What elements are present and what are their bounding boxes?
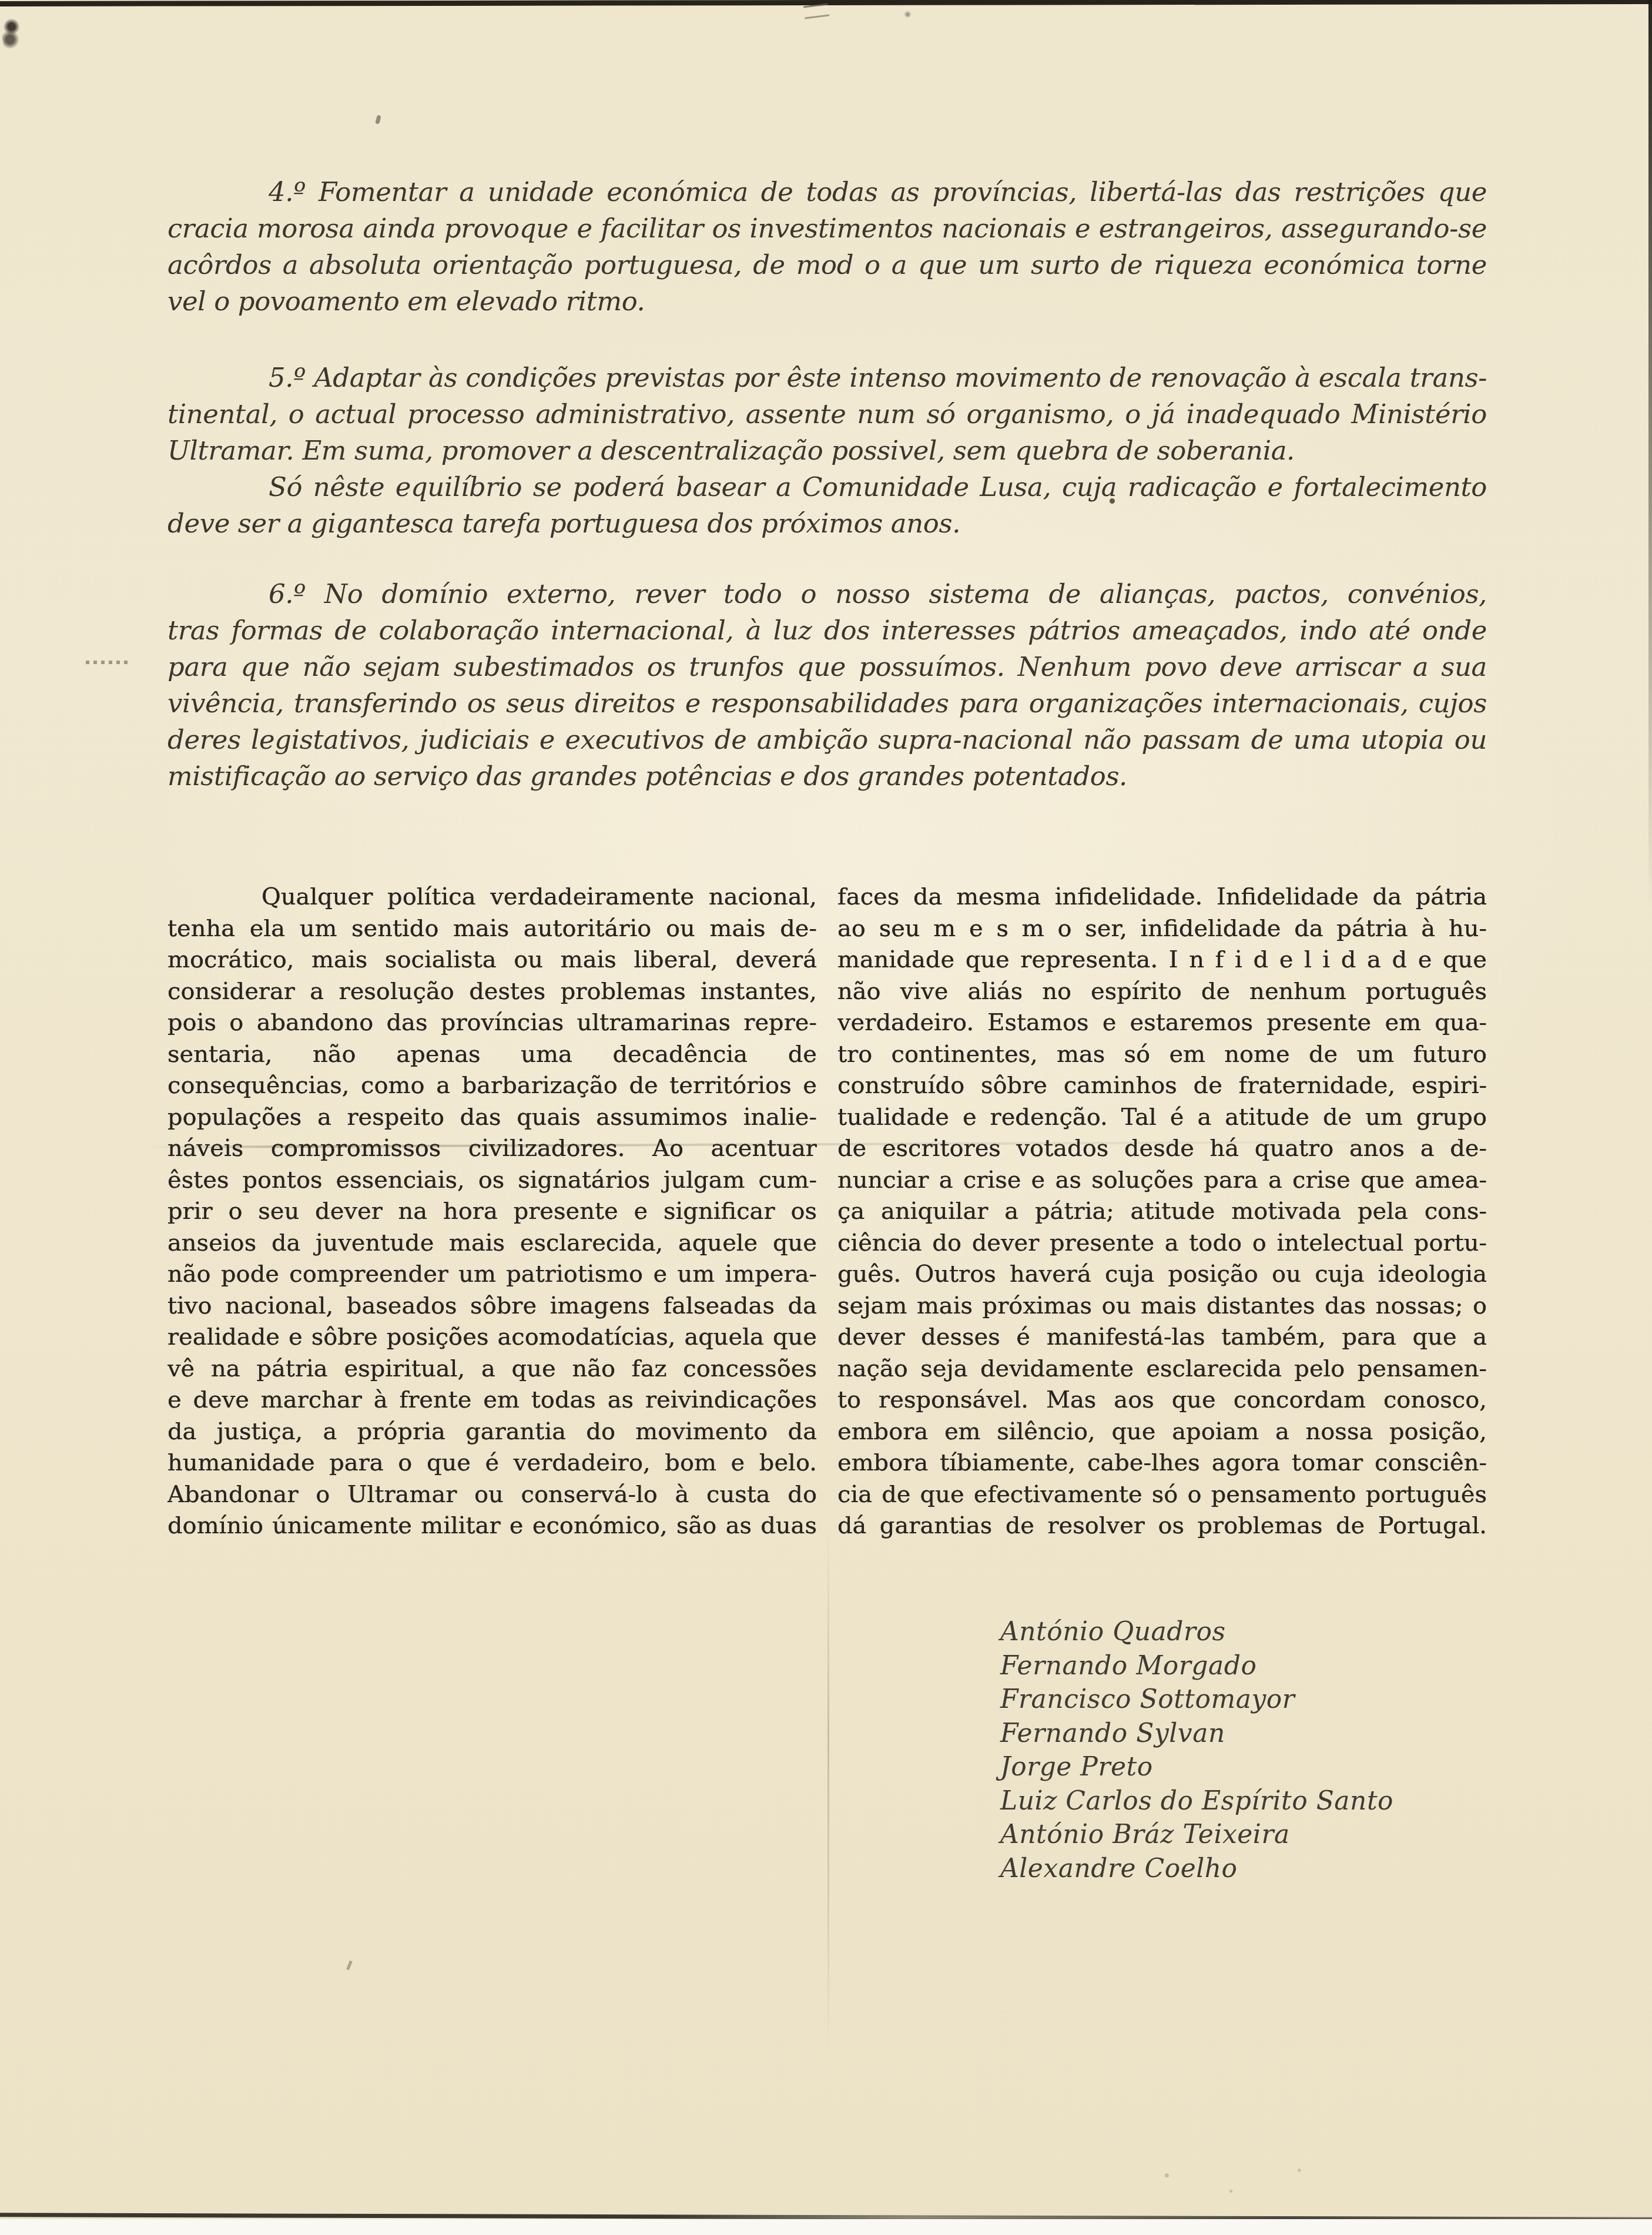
text-line: cia de que efectivamente só o pensamento… — [837, 1479, 1487, 1511]
text-line: ao seu m e s m o ser, infidelidade da pá… — [837, 913, 1487, 945]
text-line: acôrdos a absoluta orientação portuguesa… — [167, 247, 1487, 283]
text-line: humanidade para o que é verdadeiro, bom … — [167, 1447, 817, 1479]
clause-4: 4.º Fomentar a unidade económica de toda… — [167, 174, 1487, 320]
ink-speck — [1298, 2169, 1301, 2172]
ink-speck — [904, 11, 912, 18]
text-line: pois o abandono das províncias ultramari… — [167, 1007, 817, 1039]
text-line: considerar a resolução destes problemas … — [167, 976, 817, 1008]
text-line: vivência, transferindo os seus direitos … — [167, 685, 1487, 722]
clause-6: 6.º No domínio externo, rever todo o nos… — [167, 576, 1487, 795]
text-line: vê na pátria espiritual, a que não faz c… — [167, 1353, 817, 1385]
signature-line: Francisco Sottomayor — [1000, 1683, 1393, 1717]
text-line: prir o seu dever na hora presente e sign… — [167, 1196, 817, 1228]
text-line: sentaria, não apenas uma decadência de i… — [167, 1039, 817, 1071]
text-line: não pode compreender um patriotismo e um… — [167, 1259, 817, 1291]
text-line: Ultramar. Em suma, promover a descentral… — [167, 433, 1487, 469]
margin-pen-mark — [86, 661, 128, 664]
text-line: nunciar a crise e as soluções para a cri… — [837, 1165, 1487, 1197]
text-line: consequências, como a barbarização de te… — [167, 1070, 817, 1102]
text-line: tro continentes, mas só em nome de um fu… — [837, 1039, 1487, 1071]
body-columns: Qualquer política verdadeiramente nacion… — [167, 882, 1487, 1542]
text-line: Só nêste equilíbrio se poderá basear a C… — [167, 469, 1487, 505]
text-line: tualidade e redenção. Tal é a atitude de… — [837, 1102, 1487, 1134]
text-line: tenha ela um sentido mais autoritário ou… — [167, 913, 817, 945]
text-line: não vive aliás no espírito de nenhum por… — [837, 976, 1487, 1008]
text-line: domínio únicamente militar e económico, … — [167, 1510, 817, 1542]
text-line: deve ser a gigantesca tarefa portuguesa … — [167, 505, 1487, 542]
text-line: construído sôbre caminhos de fraternidad… — [837, 1070, 1487, 1102]
text-line: Qualquer política verdadeiramente nacion… — [167, 882, 817, 913]
ink-speck — [375, 115, 381, 124]
clause-5: 5.º Adaptar às condições previstas por ê… — [167, 360, 1487, 542]
signatures-list: António QuadrosFernando MorgadoFrancisco… — [1000, 1615, 1393, 1885]
text-line: vel o povoamento em elevado ritmo. — [167, 283, 1487, 320]
text-line: tivo nacional, baseados sôbre imagens fa… — [167, 1291, 817, 1322]
text-line: tras formas de colaboração internacional… — [167, 612, 1487, 649]
text-line: tinental, o actual processo administrati… — [167, 396, 1487, 433]
text-line: nação seja devidamente esclarecida pelo … — [837, 1353, 1487, 1385]
text-line: embora em silêncio, que apoiam a nossa p… — [837, 1416, 1487, 1448]
ink-speck — [1165, 2173, 1169, 2177]
text-line: faces da mesma infidelidade. Infidelidad… — [837, 882, 1487, 913]
text-line: manidade que representa. I n f i d e l i… — [837, 944, 1487, 976]
text-line: to responsável. Mas aos que concordam co… — [837, 1385, 1487, 1416]
text-line: embora tíbiamente, cabe-lhes agora tomar… — [837, 1447, 1487, 1479]
text-line: para que não sejam subestimados os trunf… — [167, 649, 1487, 685]
fold-crease-vertical — [827, 1528, 829, 2057]
numbered-clauses: 4.º Fomentar a unidade económica de toda… — [167, 174, 1487, 795]
text-line: da justiça, a própria garantia do movime… — [167, 1416, 817, 1448]
text-line: 5.º Adaptar às condições previstas por ê… — [167, 360, 1487, 396]
scanner-bed-strip — [0, 2219, 1652, 2235]
scan-right-edge — [1648, 0, 1652, 911]
signature-line: António Bráz Teixeira — [1000, 1818, 1393, 1852]
signature-line: António Quadros — [1000, 1615, 1393, 1649]
signature-line: Alexandre Coelho — [1000, 1852, 1393, 1886]
text-line: Abandonar o Ultramar ou conservá-lo à cu… — [167, 1479, 817, 1511]
signature-line: Jorge Preto — [1000, 1750, 1393, 1784]
text-line: êstes pontos essenciais, os signatários … — [167, 1165, 817, 1197]
ink-speck — [346, 1961, 353, 1971]
text-line: anseios da juventude mais esclarecida, a… — [167, 1228, 817, 1259]
text-line: populações a respeito das quais assumimo… — [167, 1102, 817, 1134]
text-line: 4.º Fomentar a unidade económica de toda… — [167, 174, 1487, 210]
text-line: dá garantias de resolver os problemas de… — [837, 1510, 1487, 1542]
text-line: 6.º No domínio externo, rever todo o nos… — [167, 576, 1487, 612]
text-line: de escritores votados desde há quatro an… — [837, 1133, 1487, 1165]
column-left: Qualquer política verdadeiramente nacion… — [167, 882, 817, 1542]
text-line: verdadeiro. Estamos e estaremos presente… — [837, 1007, 1487, 1039]
ink-speck — [1229, 2190, 1232, 2193]
signature-line: Fernando Sylvan — [1000, 1717, 1393, 1751]
ink-blot — [0, 16, 25, 50]
text-line: náveis compromissos civilizadores. Ao ac… — [167, 1133, 817, 1165]
text-line: dever desses é manifestá-las também, par… — [837, 1322, 1487, 1353]
text-line: cracia morosa ainda provoque e facilitar… — [167, 210, 1487, 247]
text-line: ciência do dever presente a todo o intel… — [837, 1228, 1487, 1259]
text-line: realidade e sôbre posições acomodatícias… — [167, 1322, 817, 1353]
text-line: guês. Outros haverá cuja posição ou cuja… — [837, 1259, 1487, 1291]
text-line: e deve marchar à frente em todas as reiv… — [167, 1385, 817, 1416]
column-right: faces da mesma infidelidade. Infidelidad… — [837, 882, 1487, 1542]
signature-line: Luiz Carlos do Espírito Santo — [1000, 1784, 1393, 1818]
text-line: mistificação ao serviço das grandes potê… — [167, 758, 1487, 795]
pencil-mark — [803, 4, 829, 19]
text-line: sejam mais próximas ou mais distantes da… — [837, 1291, 1487, 1322]
text-line: ça aniquilar a pátria; atitude motivada … — [837, 1196, 1487, 1228]
text-line: mocrático, mais socialista ou mais liber… — [167, 944, 817, 976]
text-line: deres legistativos, judiciais e executiv… — [167, 722, 1487, 758]
document-page: 4.º Fomentar a unidade económica de toda… — [0, 0, 1652, 2235]
signature-line: Fernando Morgado — [1000, 1649, 1393, 1683]
